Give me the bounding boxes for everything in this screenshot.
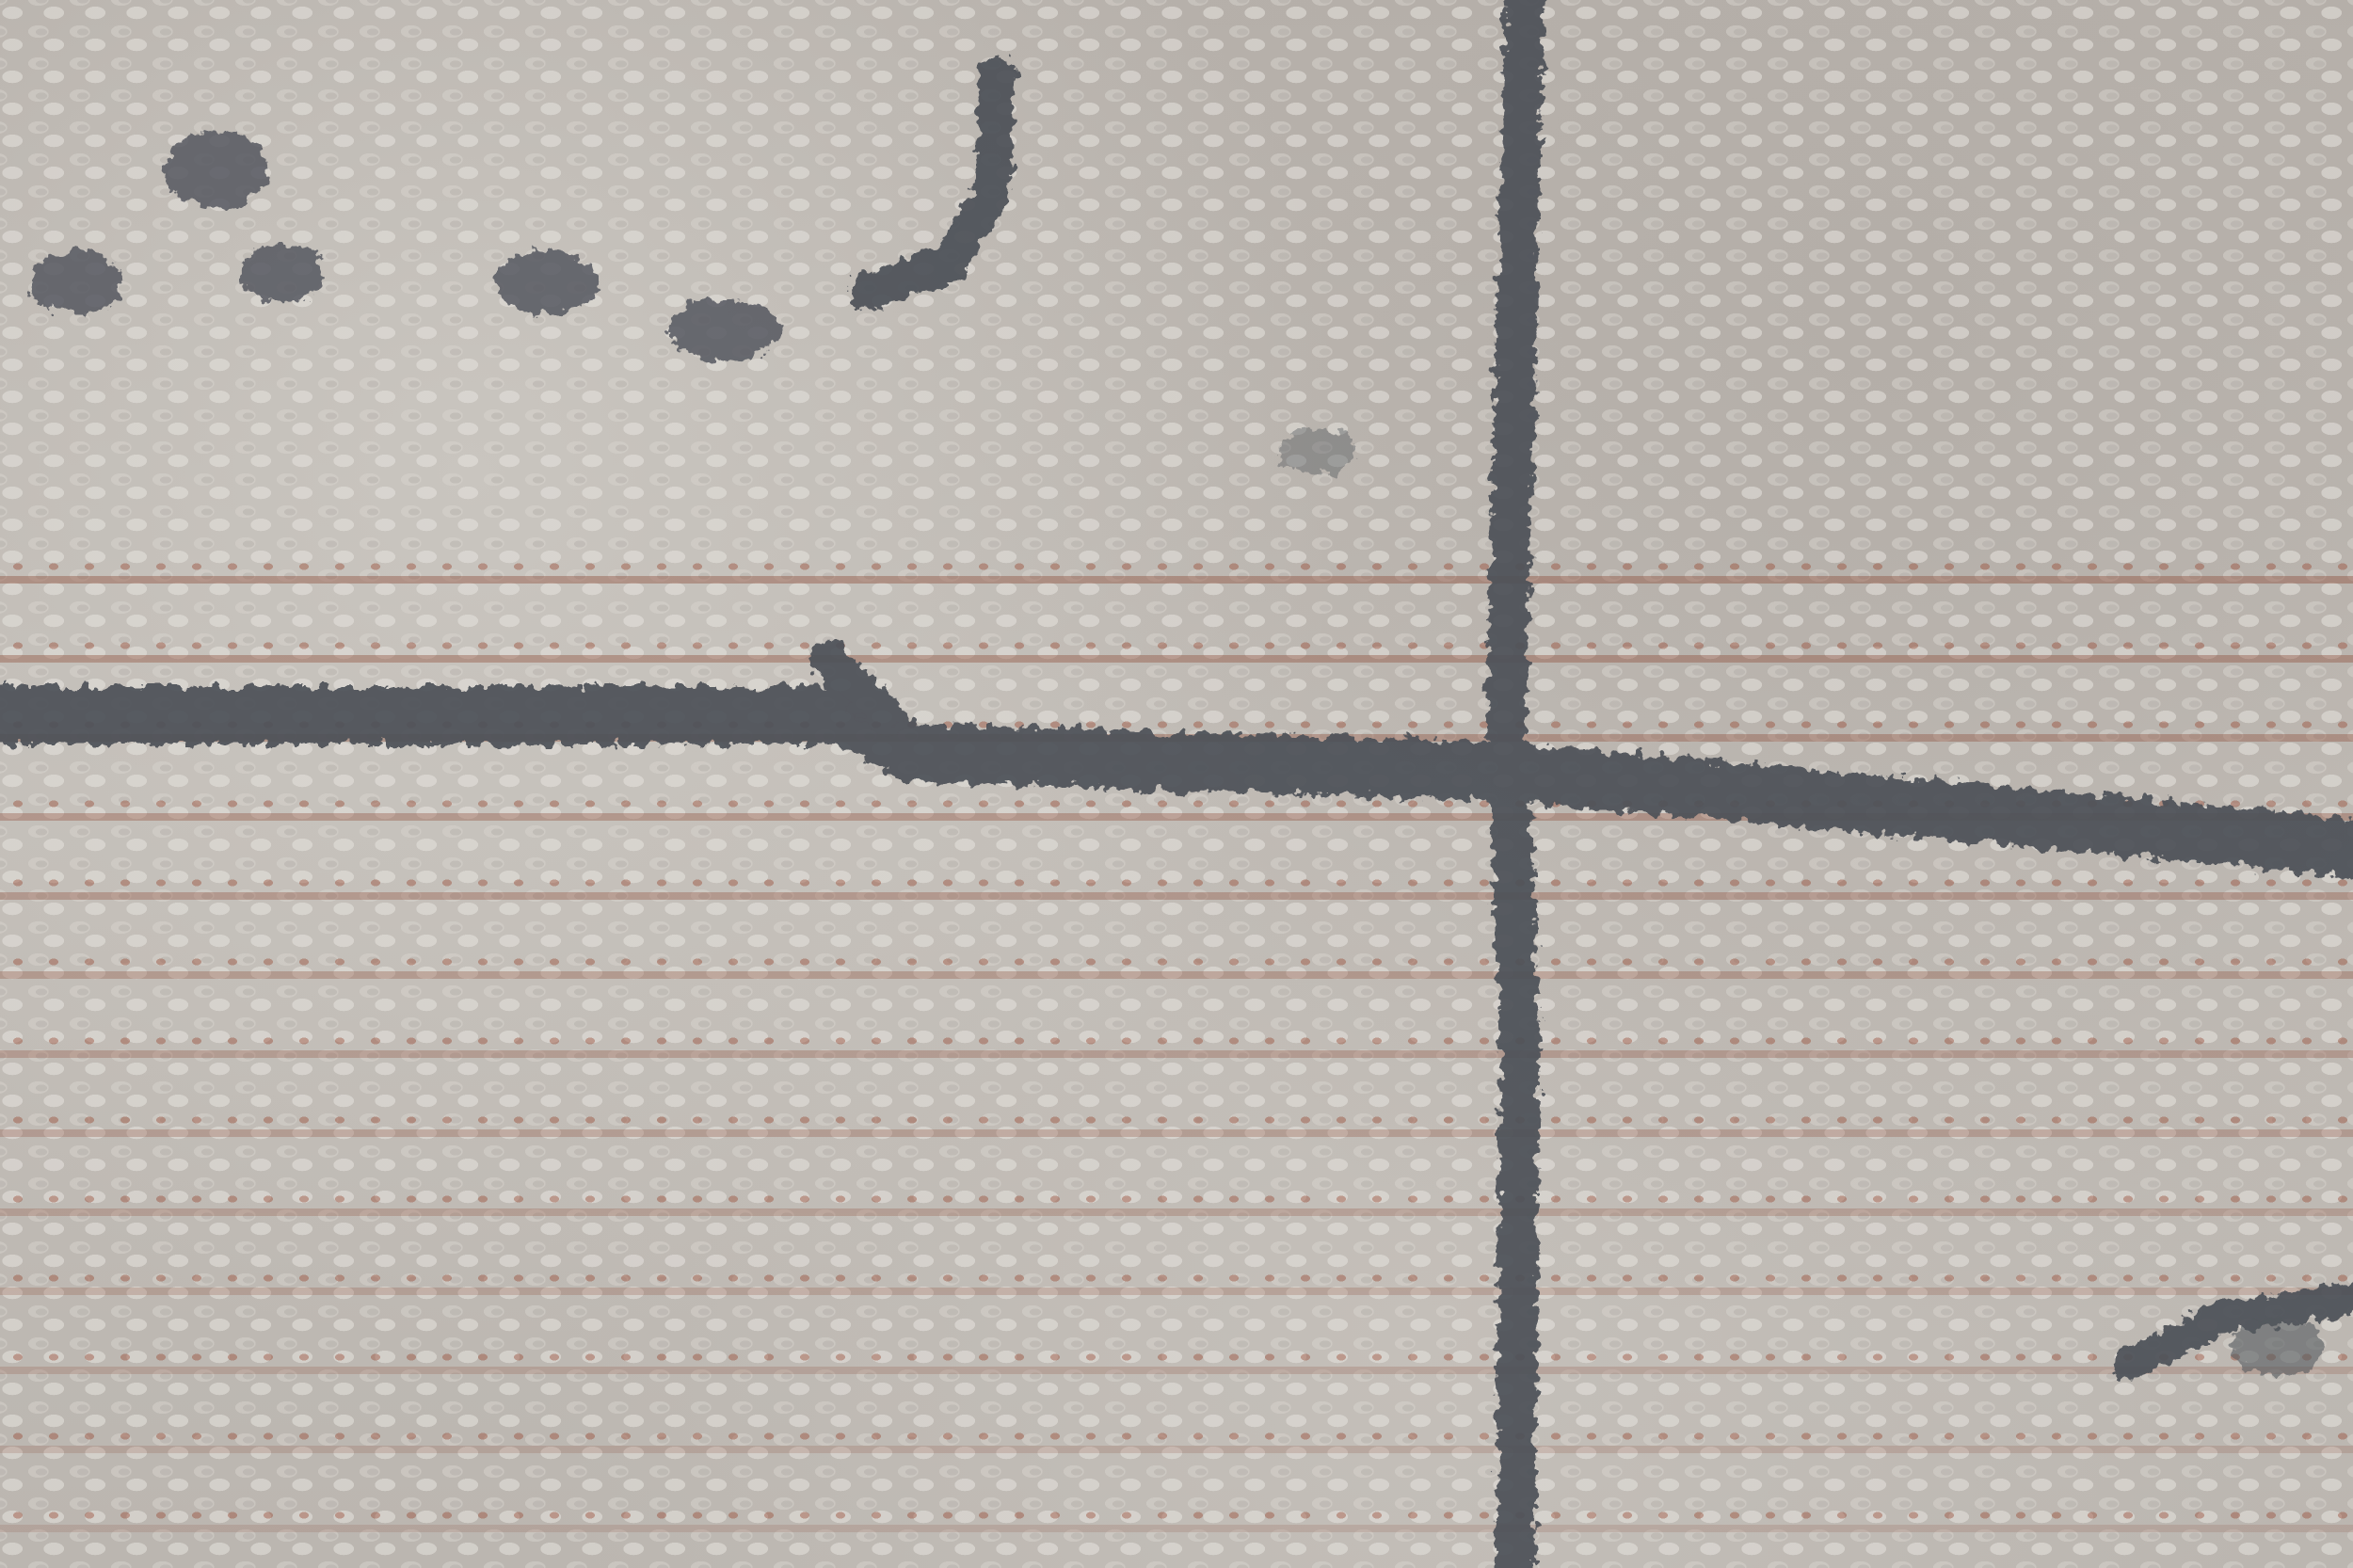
rug-texture-photo [0,0,2353,1568]
charcoal-pattern-lines [0,0,2353,1568]
